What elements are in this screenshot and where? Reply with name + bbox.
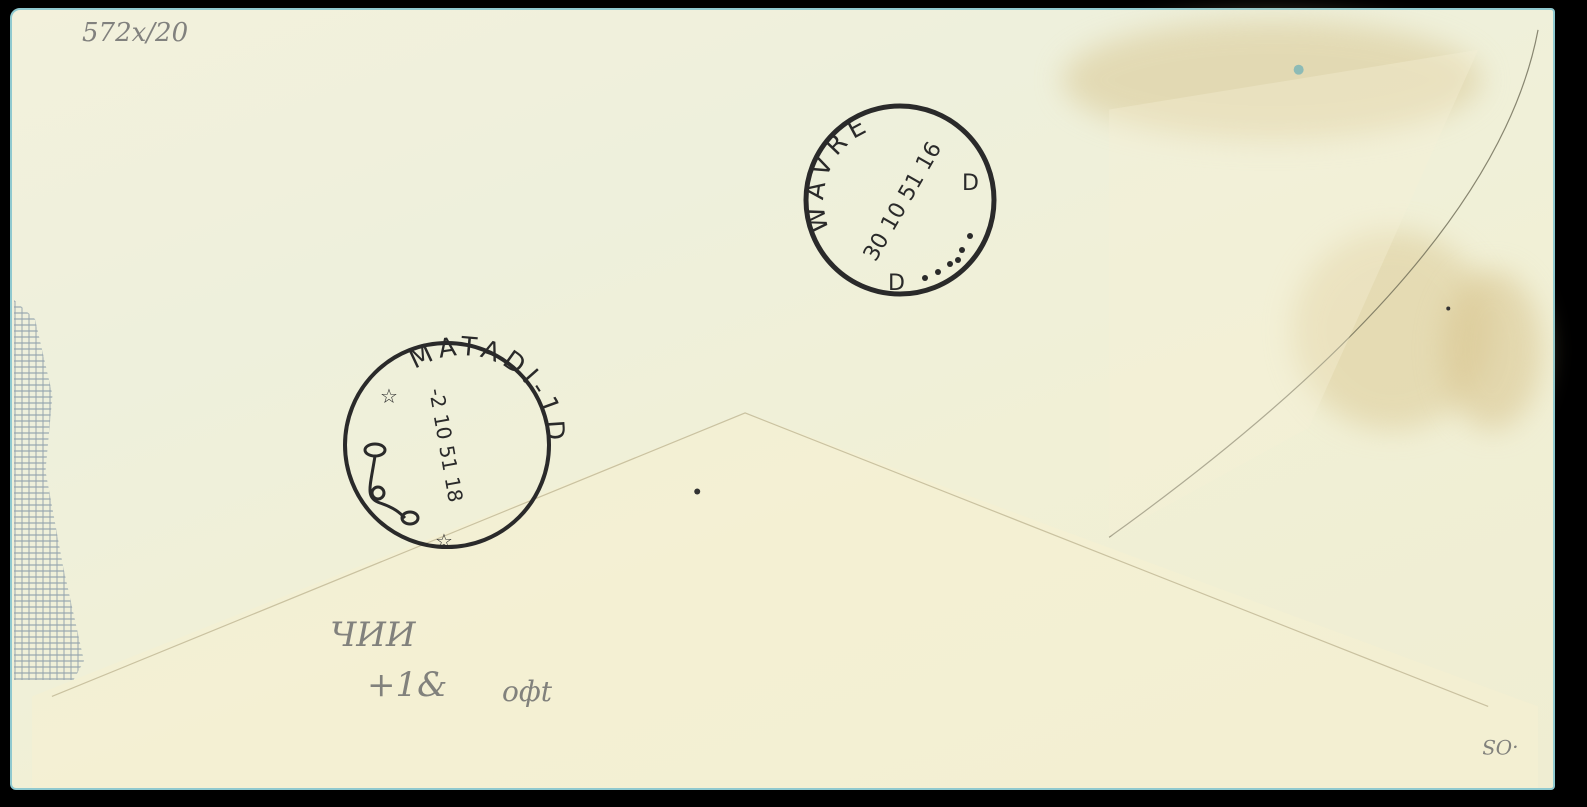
- star-icon: ☆: [435, 529, 453, 553]
- post-horn-icon: [365, 444, 418, 524]
- star-icon: ☆: [380, 384, 398, 408]
- wavre-date: 30 10 51 16: [859, 138, 947, 266]
- envelope-flaps: [12, 10, 1553, 788]
- postmark-wavre: WAVRE 30 10 51 16 D D: [800, 100, 1000, 300]
- pencil-note-center-2: +1&: [367, 665, 447, 705]
- pencil-note-center-1: ЧИИ: [330, 615, 416, 655]
- postmark-matadi: MATADI-1D -2 10 51 18 ☆ ☆: [340, 338, 555, 553]
- pencil-note-top-left: 572x/20: [82, 18, 188, 48]
- pencil-note-center-right: oфt: [502, 675, 552, 708]
- envelope-back: WAVRE 30 10 51 16 D D MATADI-1D -2 10 51…: [10, 8, 1555, 790]
- dot-cluster-ornament: [922, 233, 973, 281]
- pencil-note-bottom-right: ·OS: [1482, 735, 1518, 759]
- wavre-bottom-letter: D: [888, 271, 905, 296]
- wavre-side-letter: D: [962, 171, 979, 196]
- matadi-date: -2 10 51 18: [424, 386, 468, 504]
